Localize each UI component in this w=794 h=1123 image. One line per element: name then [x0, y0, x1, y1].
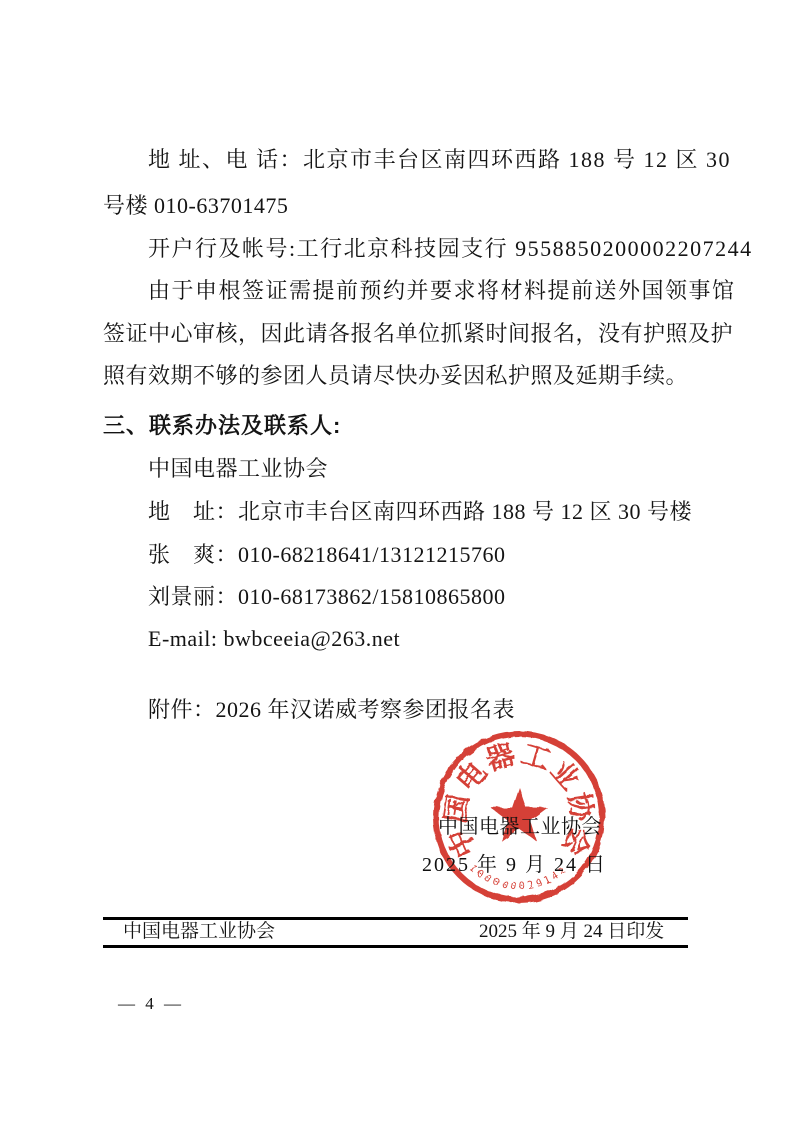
address-phone-line1: 地 址、电 话：北京市丰台区南四环西路 188 号 12 区 30 — [148, 149, 731, 171]
visa-paragraph-line1: 由于申根签证需提前预约并要求将材料提前送外国领事馆 — [148, 280, 736, 302]
contact-zhang-shuang: 张 爽：010-68218641/13121215760 — [148, 544, 505, 566]
page-number: — 4 — — [118, 994, 184, 1014]
footer-bottom-rule — [103, 945, 688, 948]
section-heading-contacts: 三、联系办法及联系人: — [103, 415, 341, 437]
contact-address: 地 址：北京市丰台区南四环西路 188 号 12 区 30 号楼 — [148, 501, 692, 523]
address-phone-line2: 号楼 010-63701475 — [103, 195, 288, 217]
visa-paragraph-line2: 签证中心审核，因此请各报名单位抓紧时间报名，没有护照及护 — [103, 323, 733, 345]
signature-org: 中国电器工业协会 — [438, 817, 602, 837]
attachment-line: 附件：2026 年汉诺威考察参团报名表 — [148, 699, 515, 721]
contact-liu-jingli: 刘景丽：010-68173862/15810865800 — [148, 586, 505, 608]
footer-issuer: 中国电器工业协会 — [123, 921, 275, 944]
bank-account-line: 开户行及帐号:工行北京科技园支行 9558850200002207244 — [148, 238, 753, 260]
visa-paragraph-line3: 照有效期不够的参团人员请尽快办妥因私护照及延期手续。 — [103, 365, 688, 387]
signature-date: 2025 年 9 月 24 日 — [422, 855, 607, 875]
contact-org-name: 中国电器工业协会 — [148, 458, 328, 480]
contact-email: E-mail: bwbceeia@263.net — [148, 628, 400, 650]
footer-top-rule — [103, 917, 688, 920]
document-page: 地 址、电 话：北京市丰台区南四环西路 188 号 12 区 30 号楼 010… — [0, 0, 794, 1123]
footer-issue-date: 2025 年 9 月 24 日印发 — [479, 921, 664, 944]
